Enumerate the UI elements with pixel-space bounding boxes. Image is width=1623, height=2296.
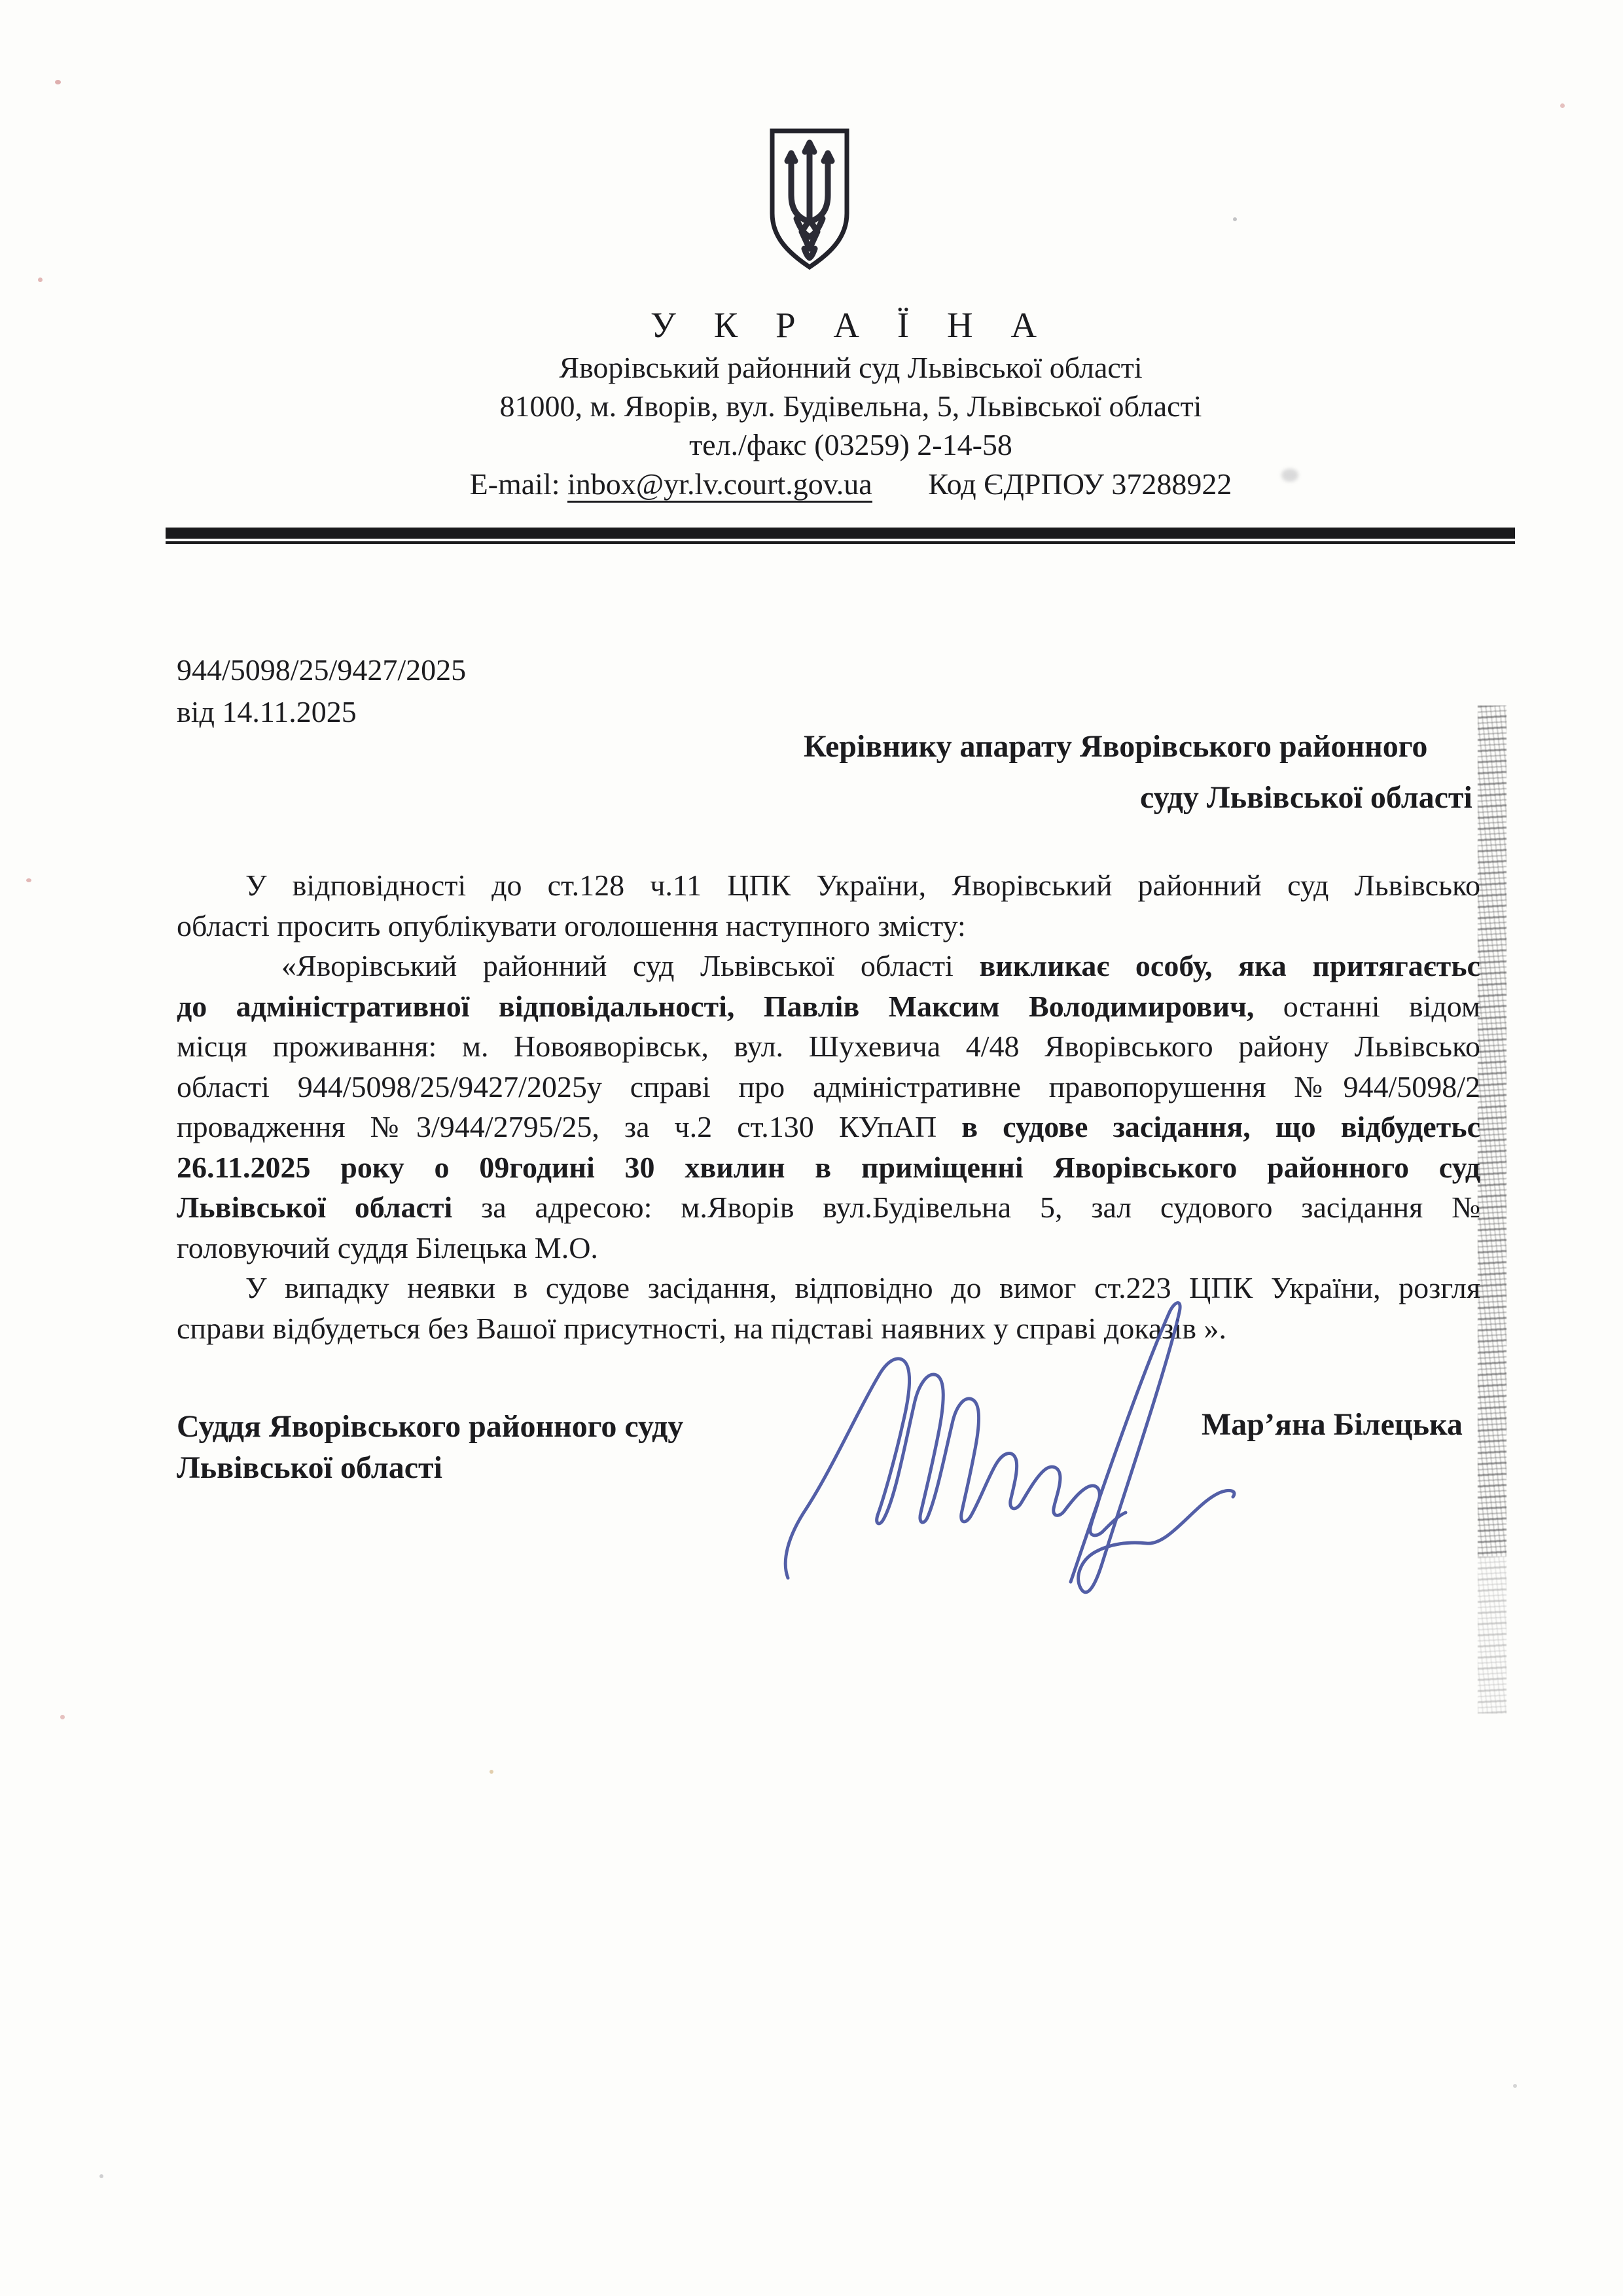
scan-speckle [490, 1770, 493, 1774]
edrpou-code: Код ЄДРПОУ 37288922 [928, 467, 1232, 501]
body-line: місця проживання: м. Новояворівськ, вул.… [177, 1026, 1480, 1067]
email-link[interactable]: inbox@yr.lv.court.gov.ua [567, 467, 872, 503]
scan-speckle [38, 278, 43, 282]
letterhead-rule-thick [166, 528, 1515, 539]
body-line: Львівської області за адресою: м.Яворів … [177, 1187, 1480, 1228]
ukraine-trident-emblem-icon [767, 127, 852, 274]
court-name: Яворівський районний суд Львівської обла… [111, 348, 1590, 387]
scan-speckle [60, 1715, 65, 1719]
letter-body: У відповідності до ст.128 ч.11 ЦПК Украї… [177, 865, 1480, 1348]
letter-date: від 14.11.2025 [177, 691, 466, 733]
body-line: області просить опублікувати оголошення … [177, 906, 1480, 946]
signer-title: Суддя Яворівського районного суду Львівс… [177, 1406, 683, 1488]
email-line: E-mail: inbox@yr.lv.court.gov.ua Код ЄДР… [111, 464, 1590, 505]
court-phone: тел./факс (03259) 2-14-58 [111, 425, 1590, 464]
signer-title-line-2: Львівської області [177, 1447, 683, 1488]
body-line: головуючий суддя Білецька М.О. [177, 1228, 1480, 1268]
reference-block: 944/5098/25/9427/2025 від 14.11.2025 [177, 649, 466, 733]
court-address: 81000, м. Яворів, вул. Будівельна, 5, Ль… [111, 387, 1590, 425]
handwritten-signature-icon [779, 1293, 1276, 1600]
scan-speckle [99, 2174, 103, 2178]
scan-speckle [1560, 103, 1565, 108]
scan-smudge [1281, 469, 1298, 482]
scan-speckle [26, 878, 31, 882]
case-number: 944/5098/25/9427/2025 [177, 649, 466, 691]
scan-noise-band [1478, 1556, 1507, 1713]
scanned-court-letter: У К Р А Ї Н А Яворівський районний суд Л… [0, 0, 1623, 2296]
body-line: У відповідності до ст.128 ч.11 ЦПК Украї… [177, 865, 1480, 906]
body-line: до адміністративної відповідальності, Па… [177, 986, 1480, 1027]
scan-speckle [1513, 2084, 1517, 2088]
letterhead: У К Р А Ї Н А Яворівський районний суд Л… [111, 302, 1590, 505]
body-line: «Яворівський районний суд Львівської обл… [177, 946, 1480, 986]
scan-speckle [55, 80, 61, 84]
scan-speckle [1233, 217, 1237, 221]
scan-noise-band [1478, 706, 1507, 1556]
country-title: У К Р А Ї Н А [111, 302, 1590, 348]
body-line: провадження №3/944/2795/25, за ч.2 ст.13… [177, 1107, 1480, 1147]
body-line: 26.11.2025 року о 09годині 30 хвилин в п… [177, 1147, 1480, 1188]
body-line: області 944/5098/25/9427/2025у справі пр… [177, 1067, 1480, 1107]
signer-title-line-1: Суддя Яворівського районного суду [177, 1406, 683, 1447]
recipient-line-2: суду Львівської області [1140, 779, 1482, 817]
email-label: E-mail: [470, 467, 560, 501]
letterhead-rule-thin [166, 541, 1515, 544]
recipient-line-1: Керівнику апарату Яворівського районного [804, 728, 1482, 766]
